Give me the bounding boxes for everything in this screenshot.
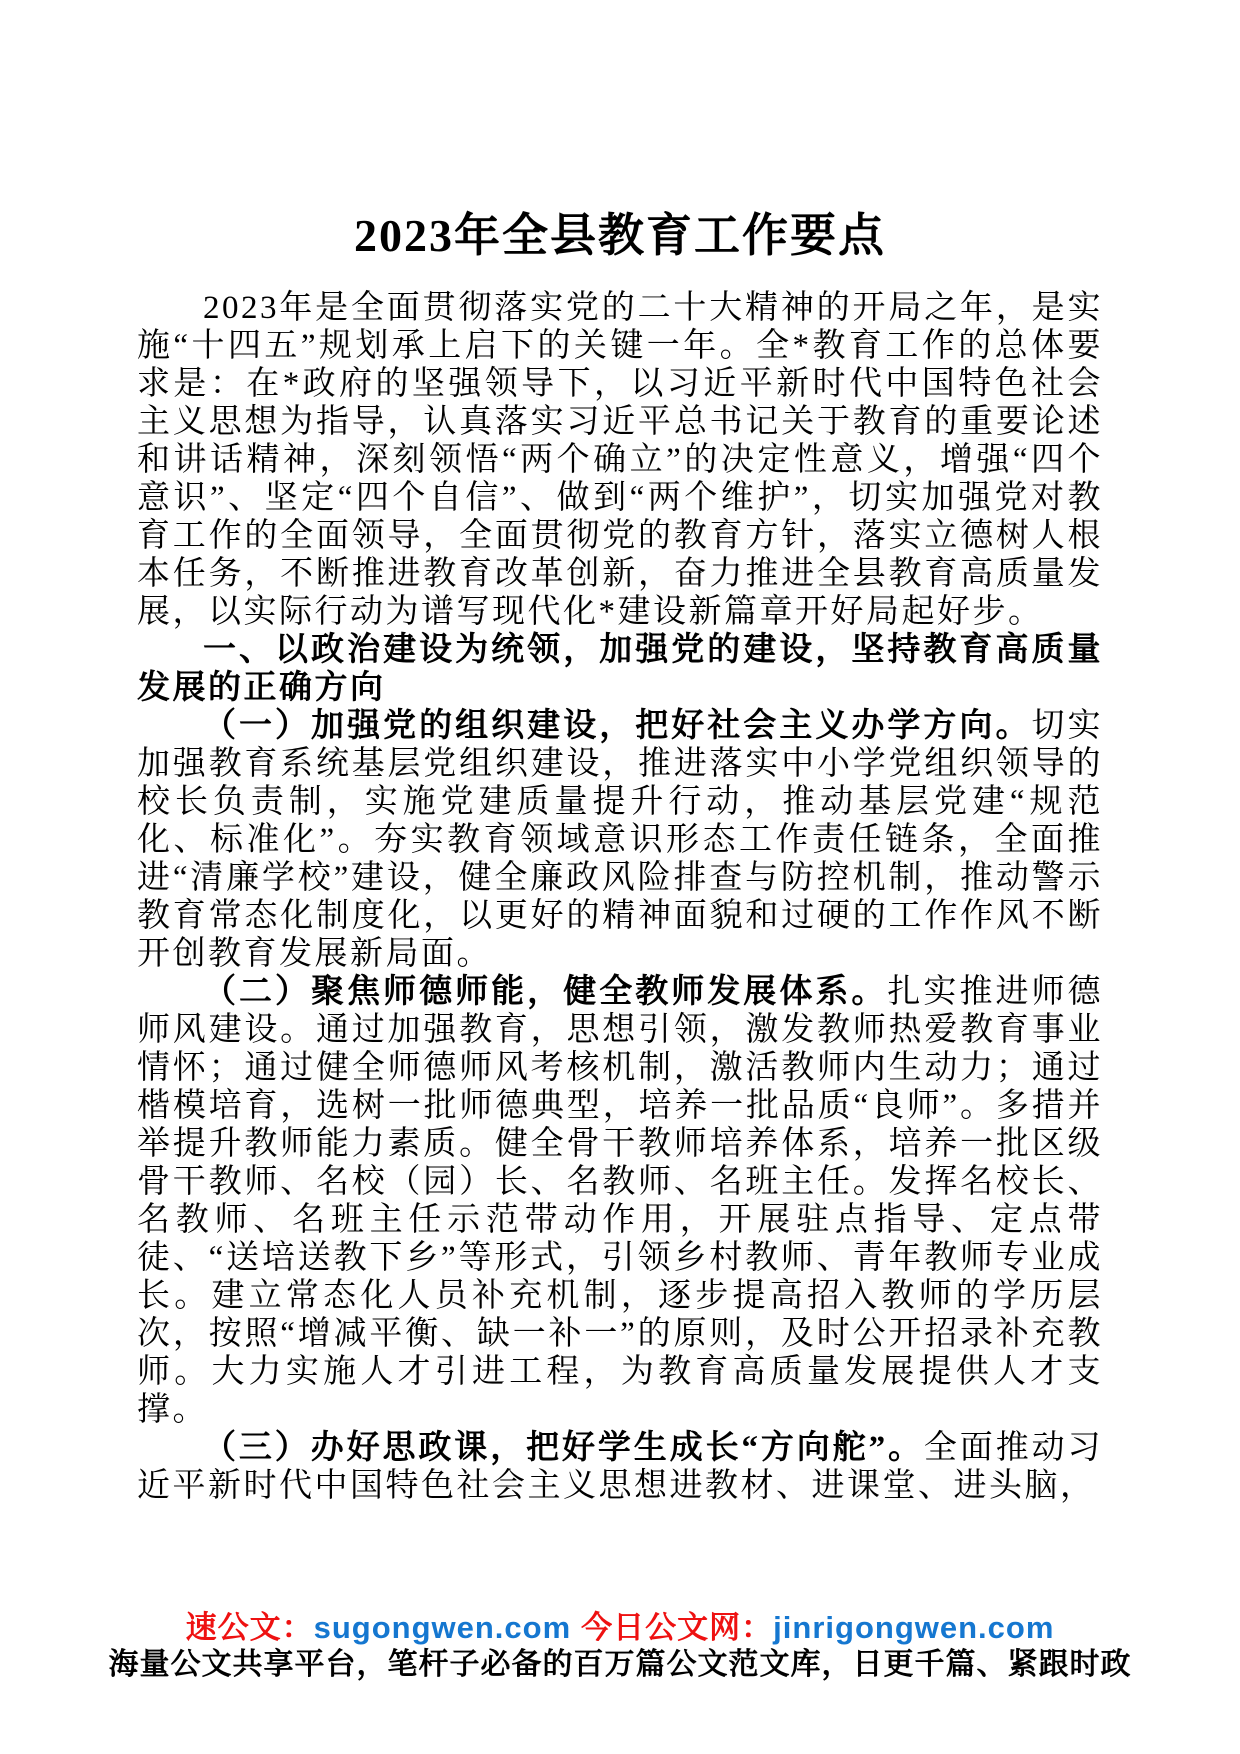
footer-tagline: 海量公文共享平台，笔杆子必备的百万篇公文范文库，日更千篇、紧跟时政	[0, 1648, 1240, 1682]
document-title: 2023年全县教育工作要点	[137, 205, 1103, 267]
item-1-text: 切实加强教育系统基层党组织建设，推进落实中小学党组织领导的校长负责制，实施党建质…	[137, 708, 1103, 972]
item-paragraph-3: （三）办好思政课，把好学生成长“方向舵”。全面推动习近平新时代中国特色社会主义思…	[137, 1429, 1103, 1505]
intro-paragraph: 2023年是全面贯彻落实党的二十大精神的开局之年，是实施“十四五”规划承上启下的…	[137, 289, 1103, 631]
item-1-lead: （一）加强党的组织建设，把好社会主义办学方向。	[203, 708, 1031, 744]
document-page: 2023年全县教育工作要点 2023年是全面贯彻落实党的二十大精神的开局之年，是…	[0, 0, 1240, 1754]
item-2-lead: （二）聚焦师德师能，健全教师发展体系。	[203, 974, 887, 1010]
page-footer: 速公文：sugongwen.com今日公文网：jinrigongwen.com …	[0, 1610, 1240, 1682]
jinrigongwen-link[interactable]: jinrigongwen.com	[773, 1610, 1054, 1645]
sugongwen-label: 速公文：	[186, 1610, 314, 1645]
item-paragraph-1: （一）加强党的组织建设，把好社会主义办学方向。切实加强教育系统基层党组织建设，推…	[137, 707, 1103, 973]
section-1-heading: 一、以政治建设为统领，加强党的建设，坚持教育高质量发展的正确方向	[137, 631, 1103, 707]
item-2-text: 扎实推进师德师风建设。通过加强教育，思想引领，激发教师热爱教育事业情怀；通过健全…	[137, 974, 1103, 1428]
jinrigongwen-label: 今日公文网：	[581, 1610, 773, 1645]
footer-brand-line: 速公文：sugongwen.com今日公文网：jinrigongwen.com	[0, 1610, 1240, 1646]
document-body: 2023年是全面贯彻落实党的二十大精神的开局之年，是实施“十四五”规划承上启下的…	[137, 289, 1103, 1505]
item-3-lead: （三）办好思政课，把好学生成长“方向舵”。	[203, 1430, 924, 1466]
sugongwen-link[interactable]: sugongwen.com	[314, 1610, 572, 1645]
item-paragraph-2: （二）聚焦师德师能，健全教师发展体系。扎实推进师德师风建设。通过加强教育，思想引…	[137, 973, 1103, 1429]
